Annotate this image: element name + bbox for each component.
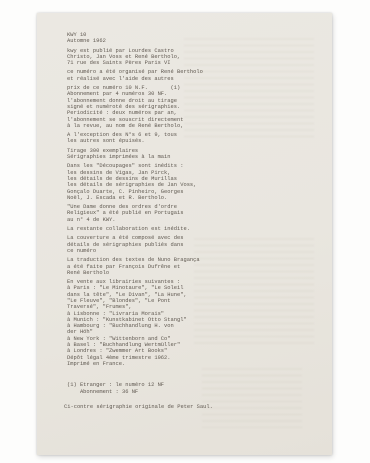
colophon-paragraph: La restante collaboration est inédite.	[67, 226, 318, 232]
colophon-paragraphs: kwy est publié par Lourdes Castro Christ…	[67, 48, 318, 368]
colophon-paragraph: prix de ce numéro 10 N.F. (1) Abonnement…	[67, 85, 318, 129]
bottom-note: Ci-contre sérigraphie originale de Peter…	[64, 404, 318, 410]
colophon-paragraph: "Une Dame donne des ordres d'ordre Relig…	[67, 204, 318, 223]
page-title: KWY 10 Automne 1962	[67, 32, 318, 45]
colophon-text: KWY 10 Automne 1962 kwy est publié par L…	[67, 32, 318, 410]
colophon-paragraph: La traduction des textes de Nuno Braganç…	[67, 257, 318, 276]
colophon-paragraph: ce numéro a été organisé par René Bertho…	[67, 69, 318, 82]
footnote: (1) Etranger : le numéro 12 NF Abonnemen…	[67, 382, 318, 395]
colophon-paragraph: Tirage 300 exemplaires Sérigraphies impr…	[67, 148, 318, 161]
colophon-paragraph: Dans les "Découpages" sont inédits : les…	[67, 163, 318, 201]
scan-background: KWY 10 Automne 1962 kwy est publié par L…	[0, 0, 370, 463]
colophon-paragraph: kwy est publié par Lourdes Castro Christ…	[67, 48, 318, 67]
colophon-paragraph: La couverture a été composé avec des dét…	[67, 235, 318, 254]
colophon-paragraph: En vente aux librairies suivantes : à Pa…	[67, 279, 318, 367]
colophon-paragraph: A l'exception des N°s 6 et 9, tous les a…	[67, 132, 318, 145]
document-page: KWY 10 Automne 1962 kwy est publié par L…	[37, 13, 332, 455]
